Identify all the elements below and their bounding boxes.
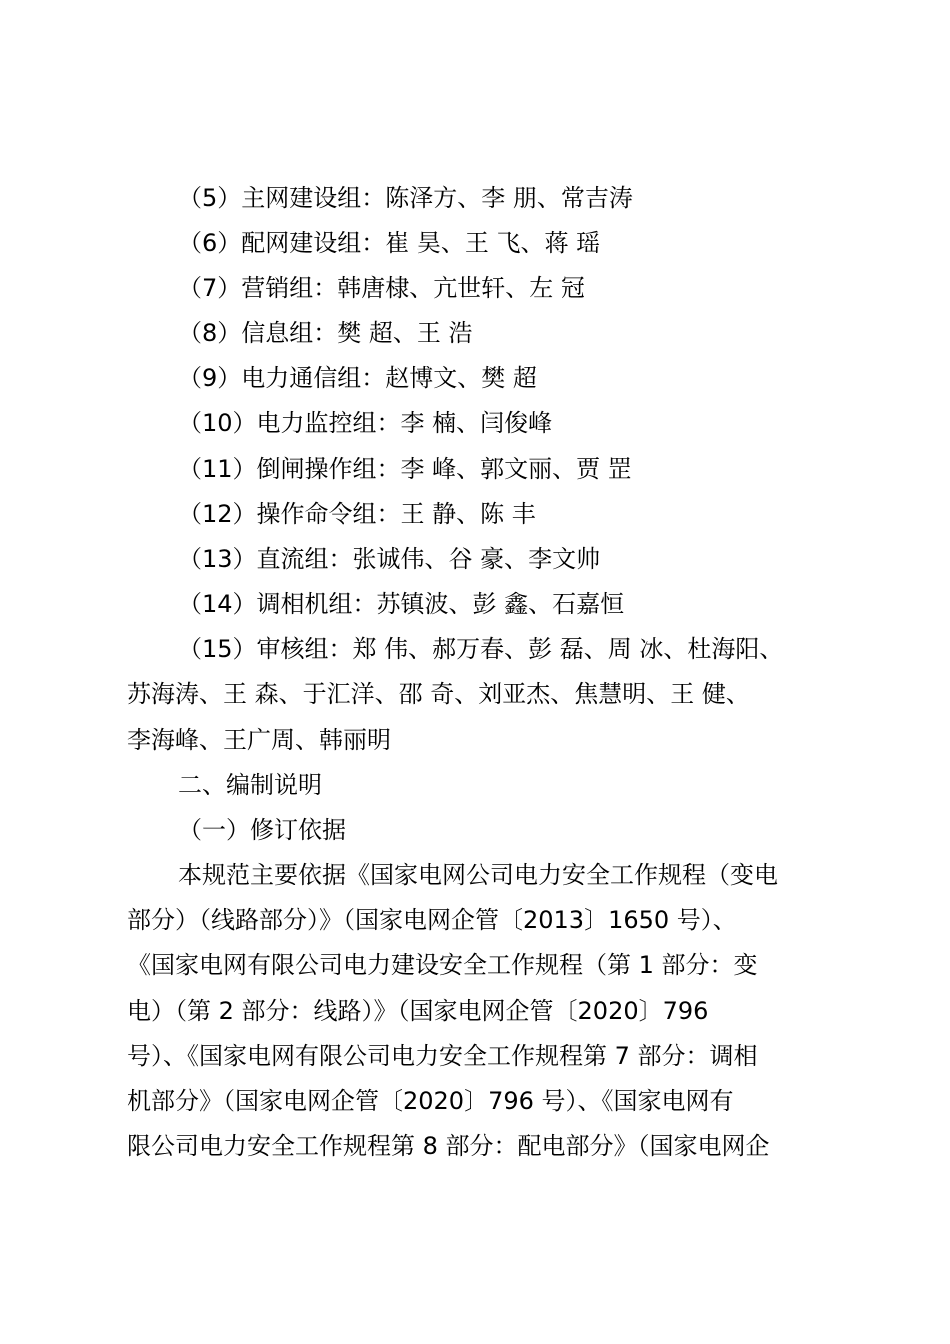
member-group-8: （8）信息组：樊 超、王 浩 [178,318,473,348]
member-group-5: （5）主网建设组：陈泽方、李 朋、常吉涛 [178,183,633,213]
member-group-6: （6）配网建设组：崔 昊、王 飞、蒋 瑶 [178,228,600,258]
member-group-14: （14）调相机组：苏镇波、彭 鑫、石嘉恒 [178,589,624,619]
paragraph-line-6: 机部分》（国家电网企管〔2020〕796 号）、《国家电网有 [127,1086,734,1116]
paragraph-line-4: 电）（第 2 部分：线路）》（国家电网企管〔2020〕796 [127,996,708,1026]
member-group-7: （7）营销组：韩唐棣、亢世轩、左 冠 [178,273,585,303]
paragraph-line-7: 限公司电力安全工作规程第 8 部分：配电部分》（国家电网企 [127,1131,770,1161]
section-heading: 二、编制说明 [178,770,322,800]
paragraph-line-1: 本规范主要依据《国家电网公司电力安全工作规程（变电 [178,860,778,890]
review-group-line-1: （15）审核组：郑 伟、郝万春、彭 磊、周 冰、杜海阳、 [178,634,783,664]
review-group-line-2: 苏海涛、王 森、于汇洋、邵 奇、刘亚杰、焦慧明、王 健、 [127,679,750,709]
paragraph-line-3: 《国家电网有限公司电力建设安全工作规程（第 1 部分：变 [127,950,758,980]
document-page: （5）主网建设组：陈泽方、李 朋、常吉涛 （6）配网建设组：崔 昊、王 飞、蒋 … [0,0,950,1344]
subsection-heading: （一）修订依据 [178,815,346,845]
member-group-11: （11）倒闸操作组：李 峰、郭文丽、贾 罡 [178,454,632,484]
member-group-9: （9）电力通信组：赵博文、樊 超 [178,363,537,393]
member-group-12: （12）操作命令组：王 静、陈 丰 [178,499,536,529]
paragraph-line-2: 部分）（线路部分）》（国家电网企管〔2013〕1650 号）、 [127,905,737,935]
member-group-10: （10）电力监控组：李 楠、闫俊峰 [178,408,552,438]
review-group-line-3: 李海峰、王广周、韩丽明 [127,725,391,755]
member-group-13: （13）直流组：张诚伟、谷 豪、李文帅 [178,544,600,574]
paragraph-line-5: 号）、《国家电网有限公司电力安全工作规程第 7 部分：调相 [127,1041,758,1071]
